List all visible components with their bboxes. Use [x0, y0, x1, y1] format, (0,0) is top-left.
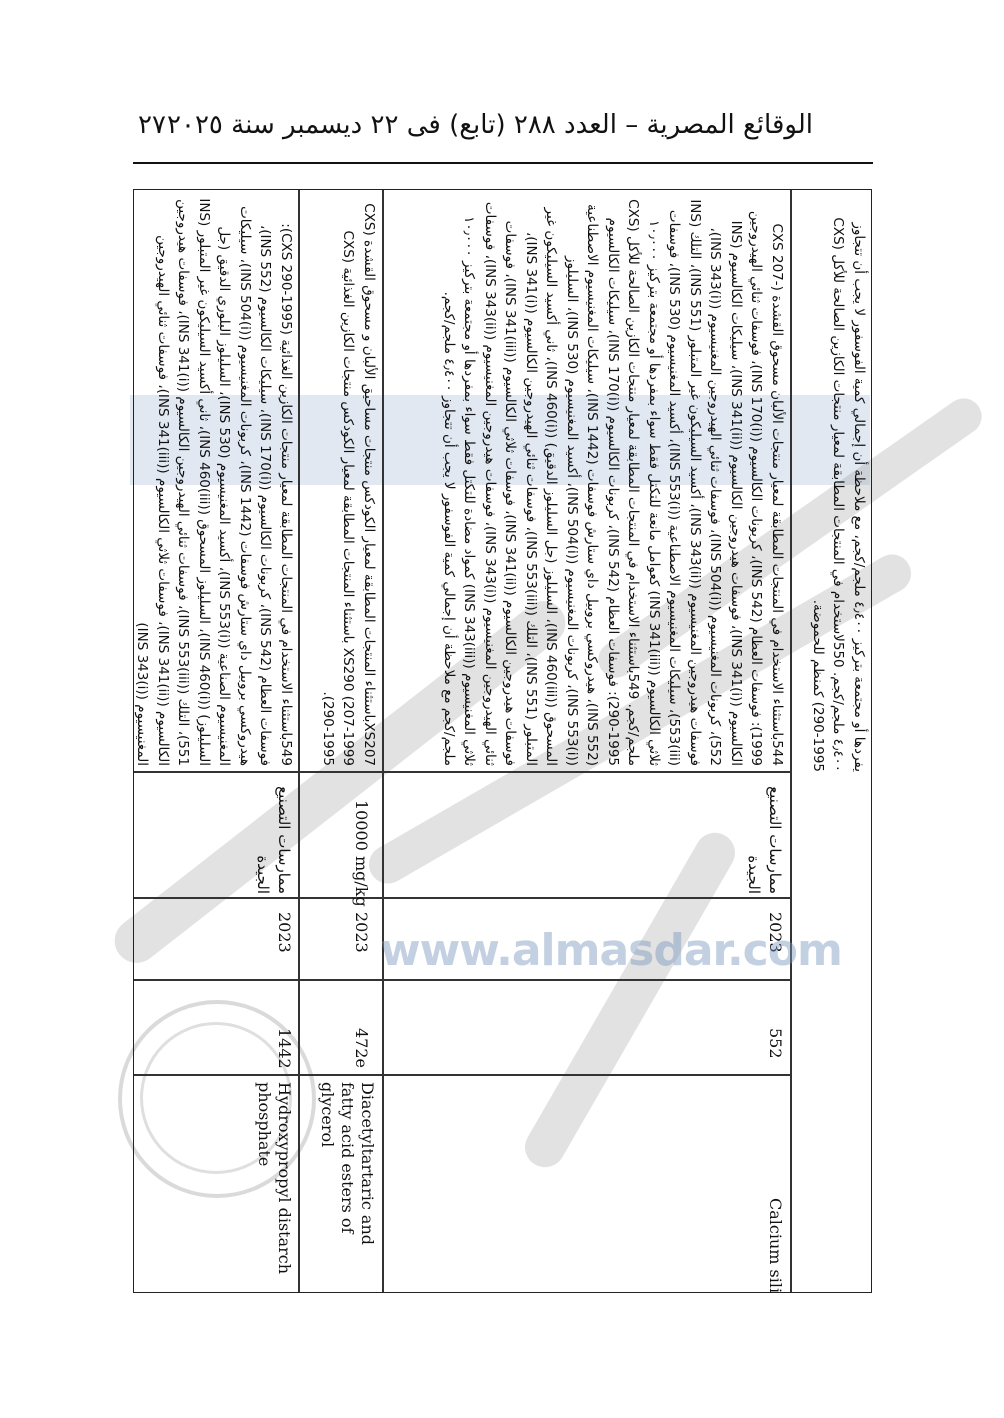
notes-cell: 544باستثناء الاستخدام في المنتجات المطاب…: [439, 198, 788, 766]
additive-name-cell: Diacetyltartaric and fatty acid esters o…: [317, 1082, 377, 1287]
additive-name-cell: Calcium silicate: [765, 1198, 785, 1292]
max-level-cell: ممارسات التصنيع الجيدة: [253, 778, 294, 894]
ins-number-cell: 472e: [352, 1028, 371, 1088]
max-level-cell: ممارسات التصنيع الجيدة: [744, 778, 785, 894]
year-cell: 2023: [352, 912, 371, 972]
ins-number-cell: 552: [766, 1028, 785, 1088]
table-row: 544باستثناء الاستخدام في المنتجات المطاب…: [383, 190, 790, 1292]
additive-name-cell: Hydroxypropyl distarch phosphate: [254, 1082, 294, 1287]
year-cell: 2023: [275, 912, 294, 972]
gazette-title: الوقائع المصرية – العدد ٢٨٨ (تابع) فى ٢٢…: [167, 110, 813, 140]
ins-number-cell: 1442: [275, 1028, 294, 1088]
header-divider: [133, 162, 873, 164]
table-row: 549باستثناء الاستخدام في المنتجات المطاب…: [134, 190, 298, 1292]
year-cell: 2023: [766, 912, 785, 972]
page-header: الوقائع المصرية – العدد ٢٨٨ (تابع) فى ٢٢…: [130, 108, 875, 148]
table-row: XS207باستثناء المنتجات المطابقة لمعيار ا…: [299, 190, 382, 1292]
max-level-cell: 10000 mg/kg: [352, 800, 371, 916]
notes-cell: يفردها أو مجتمعة بتركيز ٤٫٤٠٠ ملجم/كجم، …: [808, 198, 870, 772]
notes-cell: 549باستثناء الاستخدام في المنتجات المطاب…: [134, 198, 296, 766]
additives-table: يفردها أو مجتمعة بتركيز ٤٫٤٠٠ ملجم/كجم، …: [133, 189, 872, 1293]
page-number: ٢٧: [138, 110, 166, 140]
table-row: يفردها أو مجتمعة بتركيز ٤٫٤٠٠ ملجم/كجم، …: [791, 190, 871, 1292]
notes-cell: XS207باستثناء المنتجات المطابقة لمعيار ا…: [318, 198, 380, 766]
